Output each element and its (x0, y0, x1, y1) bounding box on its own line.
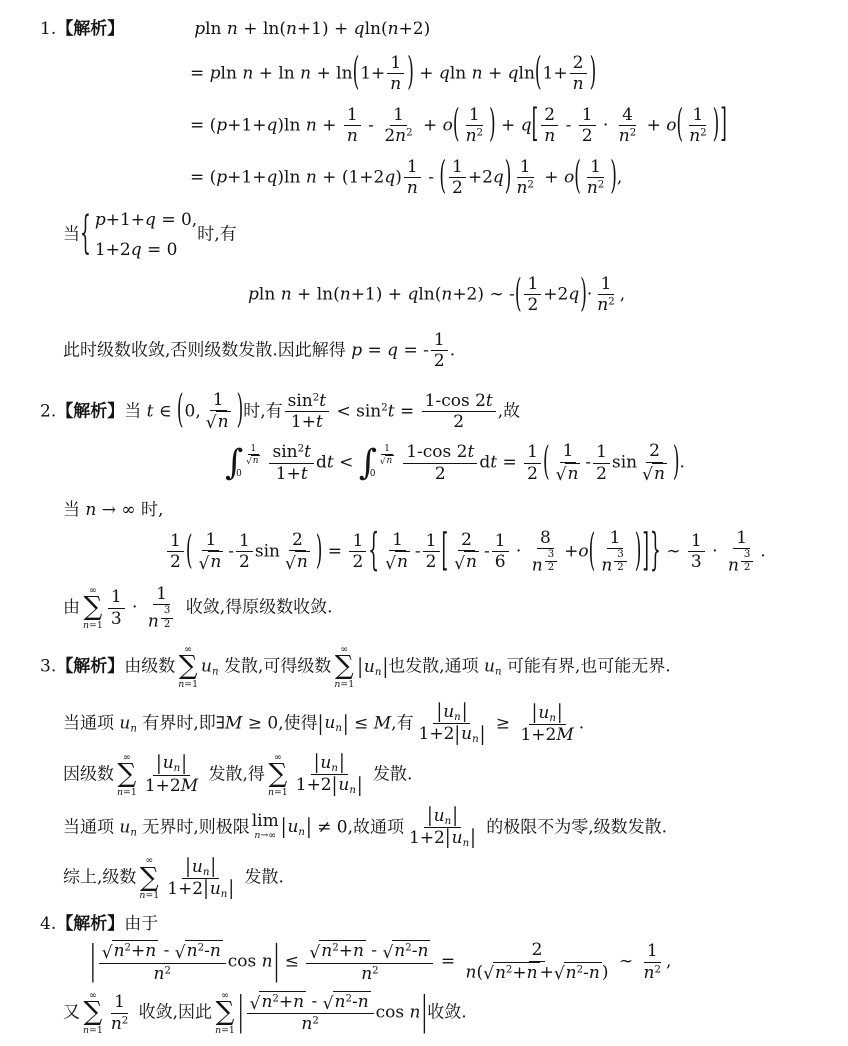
solution-line-9: ∫1√n0sin2t1+tdt < ∫1√n01-cos 2t2dt = 12(… (0, 441, 848, 485)
solution-line-16: 当通项 un 无界时,则极限limn→∞|un| ≠ 0,故通项|un|1+2|… (0, 806, 848, 850)
solution-line-7: 此时级数收敛,否则级数发散.因此解得 p = q = -12. (0, 330, 848, 372)
solution-line-10: 当 n → ∞ 时, (0, 499, 848, 522)
solution-line-6: pln n + ln(n+1) + qln(n+2) ∼ -(12+2q)·1n… (0, 274, 848, 316)
solution-line-3: = (p+1+q)ln n + 1n - 12n2 + o(1n2) + q[2… (0, 105, 848, 147)
solution-lines: 1.【解析】pln n + ln(n+1) + qln(n+2)= pln n … (0, 18, 848, 1036)
solution-line-14: 当通项 un 有界时,即∃M ≥ 0,使得|un| ≤ M,有|un|1+2|u… (0, 702, 848, 746)
solution-line-5: 当{p+1+q = 0,1+2q = 0时,有 (0, 210, 848, 260)
solution-document: 1.【解析】pln n + ln(n+1) + qln(n+2)= pln n … (0, 0, 848, 1046)
solution-line-1: 1.【解析】pln n + ln(n+1) + qln(n+2) (0, 18, 848, 41)
solution-line-11: 12(1√n-12sin2√n) = 12{1√n-12[2√n-16 · 8n… (0, 528, 848, 576)
solution-line-19: |√n2+n - √n2-nn2cos n| ≤ √n2+n - √n2-nn2… (0, 940, 848, 984)
solution-line-4: = (p+1+q)ln n + (1+2q)1n - (12+2q)1n2 + … (0, 157, 848, 199)
solution-line-8: 2.【解析】当 t ∈ (0,1√n)时,有sin2t1+t < sin2t =… (0, 390, 848, 434)
solution-line-12: 由∞∑n=113 · 1n32 收敛,得原级数收敛. (0, 584, 848, 632)
solution-line-18: 4.【解析】由于 (0, 913, 848, 936)
solution-line-2: = pln n + ln n + ln(1+1n) + qln n + qln(… (0, 53, 848, 95)
solution-line-20: 又∞∑n=11n2 收敛,因此∞∑n=1|√n2+n - √n2-nn2cos … (0, 990, 848, 1036)
solution-line-17: 综上,级数∞∑n=1|un|1+2|un| 发散. (0, 855, 848, 901)
solution-line-13: 3.【解析】由级数∞∑n=1un 发散,可得级数∞∑n=1|un|也发散,通项 … (0, 644, 848, 690)
solution-line-15: 因级数∞∑n=1|un|1+2M 发散,得∞∑n=1|un|1+2|un| 发散… (0, 752, 848, 798)
